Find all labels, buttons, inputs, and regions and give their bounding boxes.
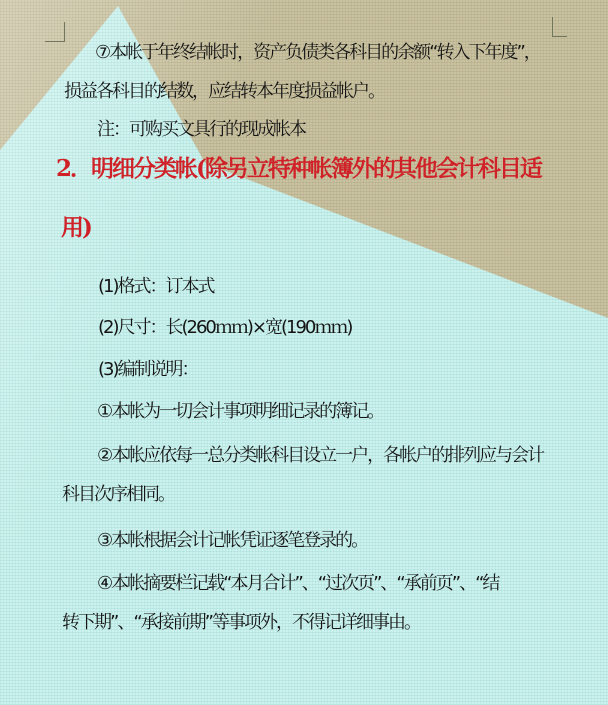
item-size-line: (2)尺寸：长(260ｍｍ)×宽(190ｍｍ) — [98, 317, 351, 338]
note-item-3-line: ③本帐根据会计记帐凭证逐笔登录的。 — [97, 530, 367, 551]
paragraph-line-7-closing-b: 损益各科目的结数，应结转本年度损益帐户。 — [64, 81, 384, 102]
paragraph-line-7-closing-a: ⑦本帐于年终结帐时，资产负债类各科目的余额“转入下年度”， — [95, 42, 540, 63]
margin-corner-mark-top-right — [552, 17, 567, 37]
note-item-1-line: ①本帐为一切会计事项明细记录的簿记。 — [97, 401, 383, 422]
tan-background-paper — [0, 0, 608, 705]
note-item-4-line-a: ④本帐摘要栏记载“本月合计”、“过次页”、“承前页”、“结 — [97, 573, 498, 594]
note-line: 注：可购买文具行的现成帐本 — [97, 119, 305, 140]
item-notes-title-line: (3)编制说明： — [98, 359, 198, 380]
note-item-2-line-a: ②本帐应依每一总分类帐科目设立一户，各帐户的排列应与会计 — [97, 445, 543, 466]
item-format-line: (1)格式：订本式 — [98, 276, 214, 297]
margin-corner-mark-top-left — [45, 22, 65, 42]
note-item-4-line-b: 转下期”、“承接前期”等事项外，不得记详细事由。 — [62, 612, 420, 633]
document-page: ⑦本帐于年终结帐时，资产负债类各科目的余额“转入下年度”， 损益各科目的结数，应… — [0, 0, 608, 705]
note-item-2-line-b: 科目次序相同。 — [62, 484, 174, 505]
section-heading-line-a: 2．明细分类帐(除另立特种帐簿外的其他会计科目适 — [56, 156, 541, 182]
section-heading-line-b: 用) — [61, 215, 91, 241]
